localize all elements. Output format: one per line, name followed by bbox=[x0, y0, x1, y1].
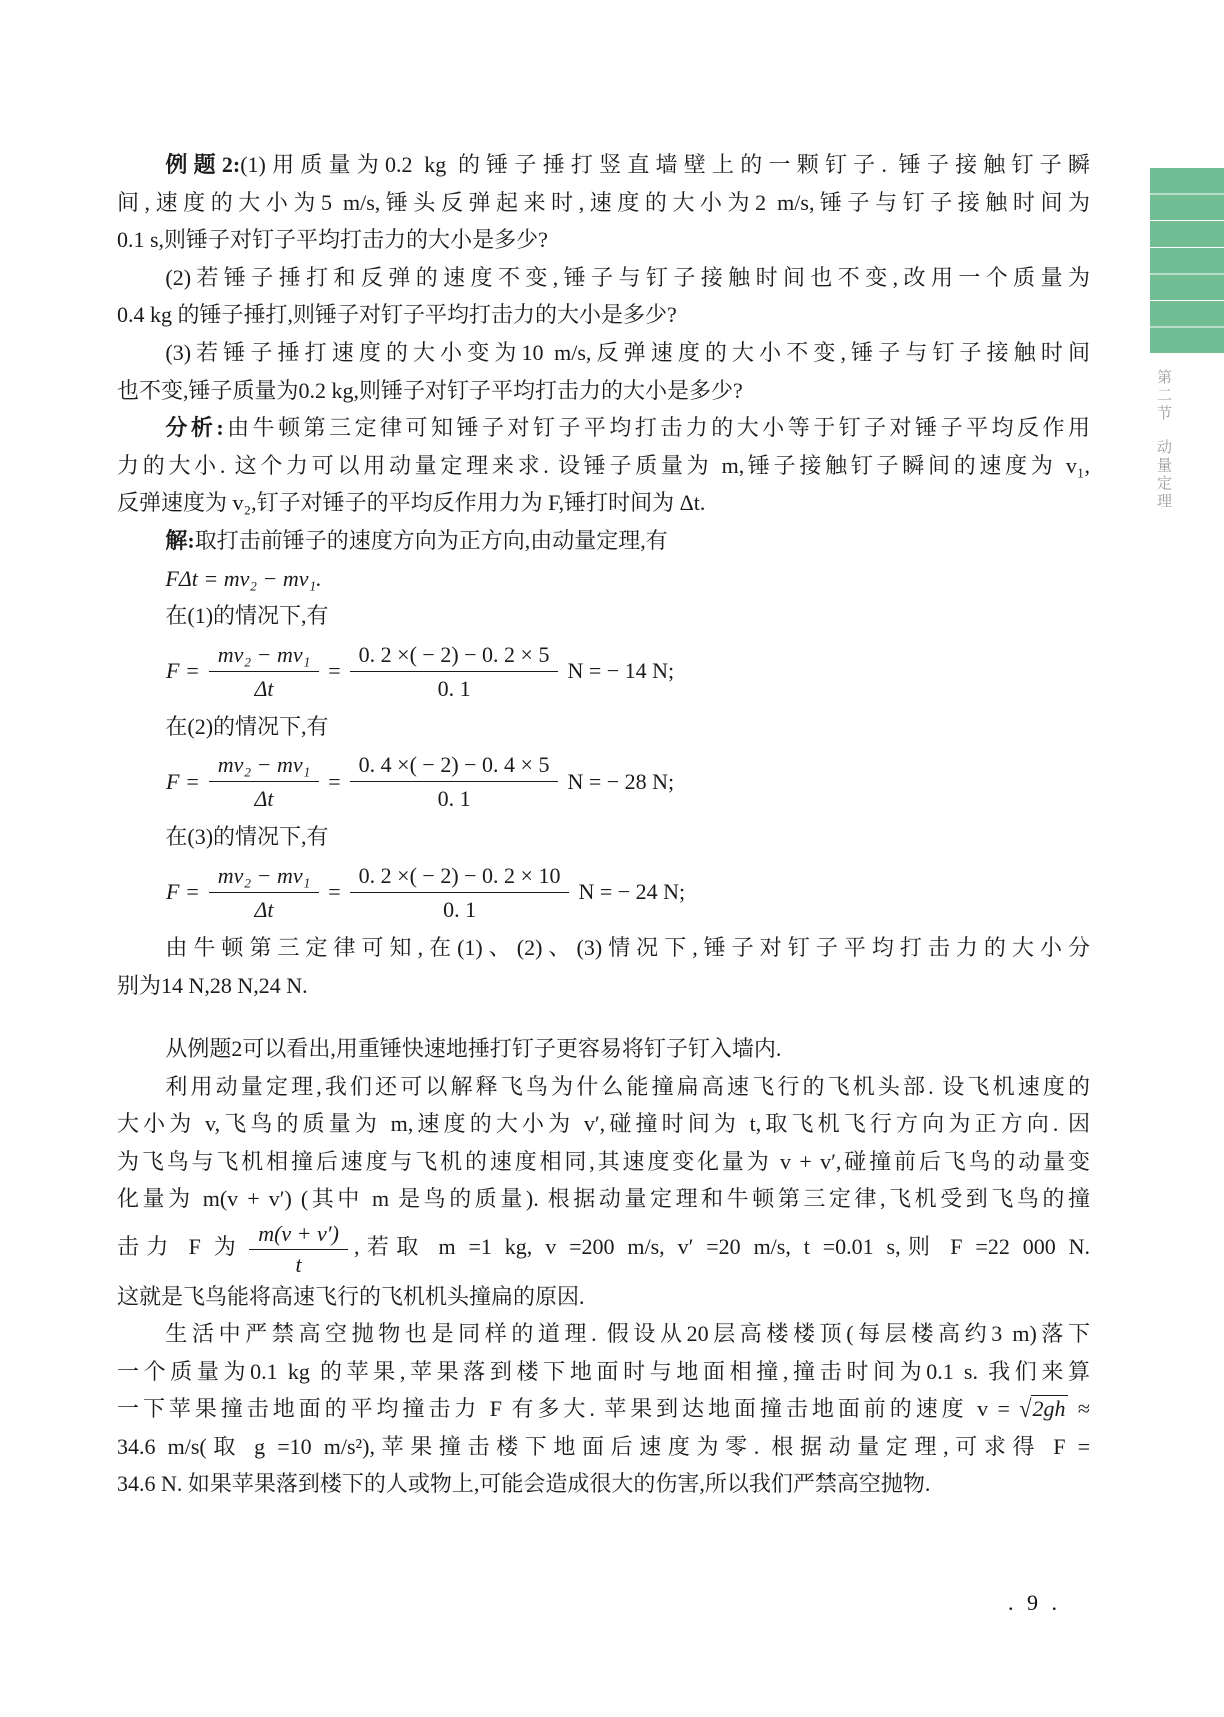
equals-sign: = bbox=[328, 769, 340, 795]
analysis-line-2: 力的大小. 这个力可以用动量定理来求. 设锤子质量为 m,锤子接触钉子瞬间的速度… bbox=[117, 447, 1090, 485]
fraction-symbolic: mv₂ − mv₁Δt bbox=[209, 861, 319, 924]
problem-line-7: 也不变,锤子质量为0.2 kg,则锤子对钉子平均打击力的大小是多少? bbox=[117, 372, 1090, 410]
discussion-line-4: 为飞鸟与飞机相撞后速度与飞机的速度相同,其速度变化量为 v + v′,碰撞前后飞… bbox=[117, 1143, 1090, 1181]
page-number: . 9 . bbox=[1008, 1590, 1061, 1616]
equation-case-2-result: N = − 28 N; bbox=[567, 769, 674, 795]
solution-line-1-text: 取打击前锤子的速度方向为正方向,由动量定理,有 bbox=[195, 528, 668, 553]
analysis-label: 分析: bbox=[165, 415, 223, 440]
solution-conclusion-line-1: 由牛顿第三定律可知,在(1)、(2)、(3)情况下,锤子对钉子平均打击力的大小分 bbox=[117, 929, 1090, 967]
inline-fraction: m(v + v′)t bbox=[249, 1221, 348, 1278]
fraction-symbolic: mv₂ − mv₁Δt bbox=[209, 750, 319, 813]
life-line-1: 生活中严禁高空抛物也是同样的道理. 假设从20层高楼楼顶(每层楼高约3 m)落下 bbox=[117, 1315, 1090, 1353]
discussion-line-1: 从例题2可以看出,用重锤快速地捶打钉子更容易将钉子钉入墙内. bbox=[117, 1030, 1090, 1068]
life-line-4: 34.6 m/s(取 g =10 m/s²),苹果撞击楼下地面后速度为零. 根据… bbox=[117, 1428, 1090, 1466]
equation-case-1-lhs: F = bbox=[166, 658, 200, 684]
discussion-line-6-post: ,若取 m =1 kg, v =200 m/s, v′ =20 m/s, t =… bbox=[354, 1234, 1090, 1259]
section-label: 动量定理 bbox=[1155, 439, 1172, 511]
problem-line-2: 间,速度的大小为5 m/s,锤头反弹起来时,速度的大小为2 m/s,锤子与钉子接… bbox=[117, 184, 1090, 222]
problem-line-4: (2)若锤子捶打和反弹的速度不变,锤子与钉子接触时间也不变,改用一个质量为 bbox=[117, 259, 1090, 297]
equals-sign: = bbox=[328, 879, 340, 905]
discussion-line-6-pre: 击力 F 为 bbox=[117, 1234, 243, 1259]
life-line-3-pre: 一下苹果撞击地面的平均撞击力 F 有多大. 苹果到达地面撞击地面前的速度 v = bbox=[117, 1396, 1019, 1421]
sqrt-symbol: √ bbox=[1019, 1388, 1031, 1430]
equation-case-3-result: N = − 24 N; bbox=[578, 879, 685, 905]
problem-line-5: 0.4 kg 的锤子捶打,则锤子对钉子平均打击力的大小是多少? bbox=[117, 296, 1090, 334]
fraction-symbolic: mv₂ − mv₁Δt bbox=[209, 640, 319, 703]
discussion-line-5: 化量为 m(v + v′) (其中 m 是鸟的质量). 根据动量定理和牛顿第三定… bbox=[117, 1180, 1090, 1218]
solution-line-1: 解:取打击前锤子的速度方向为正方向,由动量定理,有 bbox=[117, 522, 1090, 560]
equals-sign: = bbox=[328, 658, 340, 684]
equation-case-1: F = mv₂ − mv₁Δt = 0. 2 ×( − 2) − 0. 2 × … bbox=[166, 640, 1090, 703]
discussion-line-2: 利用动量定理,我们还可以解释飞鸟为什么能撞扁高速飞行的飞机头部. 设飞机速度的 bbox=[117, 1068, 1090, 1106]
analysis-line-1-text: 由牛顿第三定律可知锤子对钉子平均打击力的大小等于钉子对锤子平均反作用 bbox=[224, 415, 1090, 440]
problem-line-1-text: (1)用质量为0.2 kg 的锤子捶打竖直墙壁上的一颗钉子. 锤子接触钉子瞬 bbox=[240, 152, 1090, 177]
analysis-line-3: 反弹速度为 v₂,钉子对锤子的平均反作用力为 F,锤打时间为 Δt. bbox=[117, 484, 1090, 522]
fraction-numeric: 0. 2 ×( − 2) − 0. 2 × 100. 1 bbox=[350, 861, 570, 924]
problem-label: 例题2: bbox=[165, 152, 240, 177]
chapter-label: 第二节 bbox=[1155, 369, 1172, 423]
equation-case-3: F = mv₂ − mv₁Δt = 0. 2 ×( − 2) − 0. 2 × … bbox=[166, 861, 1090, 924]
fraction-numeric: 0. 2 ×( − 2) − 0. 2 × 50. 1 bbox=[350, 640, 559, 703]
equation-case-2-lhs: F = bbox=[166, 769, 200, 795]
problem-line-1: 例题2:(1)用质量为0.2 kg 的锤子捶打竖直墙壁上的一颗钉子. 锤子接触钉… bbox=[117, 146, 1090, 184]
life-line-5: 34.6 N. 如果苹果落到楼下的人或物上,可能会造成很大的伤害,所以我们严禁高… bbox=[117, 1465, 1090, 1503]
equation-case-2: F = mv₂ − mv₁Δt = 0. 4 ×( − 2) − 0. 4 × … bbox=[166, 750, 1090, 813]
equation-case-3-lhs: F = bbox=[166, 879, 200, 905]
case-2-label: 在(2)的情况下,有 bbox=[117, 708, 1090, 746]
discussion-line-7: 这就是飞鸟能将高速飞行的飞机机头撞扁的原因. bbox=[117, 1278, 1090, 1316]
life-line-2: 一个质量为0.1 kg 的苹果,苹果落到楼下地面时与地面相撞,撞击时间为0.1 … bbox=[117, 1353, 1090, 1391]
page-body-text: 例题2:(1)用质量为0.2 kg 的锤子捶打竖直墙壁上的一颗钉子. 锤子接触钉… bbox=[117, 146, 1090, 1503]
case-3-label: 在(3)的情况下,有 bbox=[117, 818, 1090, 856]
chapter-caption: 第二节动量定理 bbox=[1152, 369, 1174, 511]
life-line-3: 一下苹果撞击地面的平均撞击力 F 有多大. 苹果到达地面撞击地面前的速度 v =… bbox=[117, 1390, 1090, 1428]
problem-line-3: 0.1 s,则锤子对钉子平均打击力的大小是多少? bbox=[117, 221, 1090, 259]
solution-label: 解: bbox=[165, 528, 194, 553]
equation-momentum-theorem: FΔt = mv₂ − mv₁. bbox=[117, 560, 1090, 598]
sqrt-radicand: 2gh bbox=[1031, 1395, 1068, 1421]
life-line-3-post: ≈ bbox=[1068, 1396, 1090, 1421]
equation-case-1-result: N = − 14 N; bbox=[567, 658, 674, 684]
solution-conclusion-line-2: 别为14 N,28 N,24 N. bbox=[117, 967, 1090, 1005]
textbook-page: 例题2:(1)用质量为0.2 kg 的锤子捶打竖直墙壁上的一颗钉子. 锤子接触钉… bbox=[0, 0, 1224, 1717]
fraction-numeric: 0. 4 ×( − 2) − 0. 4 × 50. 1 bbox=[350, 750, 559, 813]
discussion-line-3: 大小为 v,飞鸟的质量为 m,速度的大小为 v′,碰撞时间为 t,取飞机飞行方向… bbox=[117, 1105, 1090, 1143]
analysis-line-1: 分析:由牛顿第三定律可知锤子对钉子平均打击力的大小等于钉子对锤子平均反作用 bbox=[117, 409, 1090, 447]
case-1-label: 在(1)的情况下,有 bbox=[117, 597, 1090, 635]
discussion-line-6: 击力 F 为m(v + v′)t,若取 m =1 kg, v =200 m/s,… bbox=[117, 1218, 1090, 1277]
problem-line-6: (3)若锤子捶打速度的大小变为10 m/s,反弹速度的大小不变,锤子与钉子接触时… bbox=[117, 334, 1090, 372]
chapter-tab-decoration bbox=[1150, 168, 1224, 354]
